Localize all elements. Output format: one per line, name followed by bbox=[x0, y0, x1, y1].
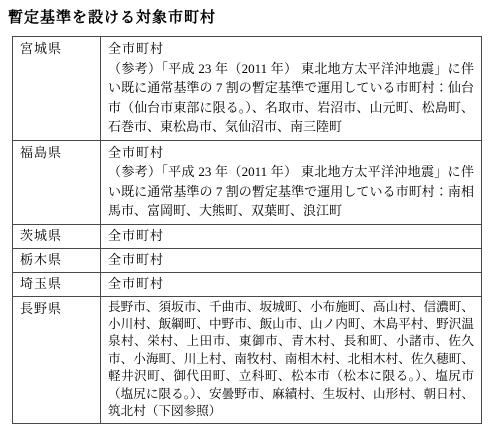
table-row: 埼玉県 全市町村 bbox=[13, 272, 482, 296]
table-row: 茨城県 全市町村 bbox=[13, 224, 482, 248]
municipality-table: 宮城県 全市町村 （参考）「平成 23 年（2011 年） 東北地方太平洋沖地震… bbox=[12, 36, 482, 424]
reference-note: （参考）「平成 23 年（2011 年） 東北地方太平洋沖地震」に伴い既に通常基… bbox=[108, 162, 474, 221]
content-cell-ibaraki: 全市町村 bbox=[101, 224, 482, 248]
all-municipalities-text: 全市町村 bbox=[108, 275, 474, 293]
table-row: 宮城県 全市町村 （参考）「平成 23 年（2011 年） 東北地方太平洋沖地震… bbox=[13, 37, 482, 141]
prefecture-cell-saitama: 埼玉県 bbox=[13, 272, 101, 296]
reference-note: （参考）「平成 23 年（2011 年） 東北地方太平洋沖地震」に伴い既に通常基… bbox=[108, 59, 474, 137]
municipality-list-text: 長野市、須坂市、千曲市、坂城町、小布施町、高山村、信濃町、小川村、飯綱町、中野市… bbox=[108, 300, 474, 418]
table-row: 栃木県 全市町村 bbox=[13, 248, 482, 272]
document-page: 暫定基準を設ける対象市町村 宮城県 全市町村 （参考）「平成 23 年（2011… bbox=[0, 0, 490, 427]
content-cell-tochigi: 全市町村 bbox=[101, 248, 482, 272]
prefecture-cell-nagano: 長野県 bbox=[13, 296, 101, 424]
prefecture-cell-fukushima: 福島県 bbox=[13, 140, 101, 224]
content-cell-nagano: 長野市、須坂市、千曲市、坂城町、小布施町、高山村、信濃町、小川村、飯綱町、中野市… bbox=[101, 296, 482, 424]
prefecture-cell-miyagi: 宮城県 bbox=[13, 37, 101, 141]
prefecture-cell-tochigi: 栃木県 bbox=[13, 248, 101, 272]
table-row: 長野県 長野市、須坂市、千曲市、坂城町、小布施町、高山村、信濃町、小川村、飯綱町… bbox=[13, 296, 482, 424]
all-municipalities-text: 全市町村 bbox=[108, 227, 474, 245]
table-row: 福島県 全市町村 （参考）「平成 23 年（2011 年） 東北地方太平洋沖地震… bbox=[13, 140, 482, 224]
all-municipalities-text: 全市町村 bbox=[108, 251, 474, 269]
prefecture-cell-ibaraki: 茨城県 bbox=[13, 224, 101, 248]
content-cell-fukushima: 全市町村 （参考）「平成 23 年（2011 年） 東北地方太平洋沖地震」に伴い… bbox=[101, 140, 482, 224]
content-cell-miyagi: 全市町村 （参考）「平成 23 年（2011 年） 東北地方太平洋沖地震」に伴い… bbox=[101, 37, 482, 141]
page-title: 暫定基準を設ける対象市町村 bbox=[8, 6, 490, 27]
all-municipalities-text: 全市町村 bbox=[108, 143, 474, 163]
content-cell-saitama: 全市町村 bbox=[101, 272, 482, 296]
all-municipalities-text: 全市町村 bbox=[108, 39, 474, 59]
